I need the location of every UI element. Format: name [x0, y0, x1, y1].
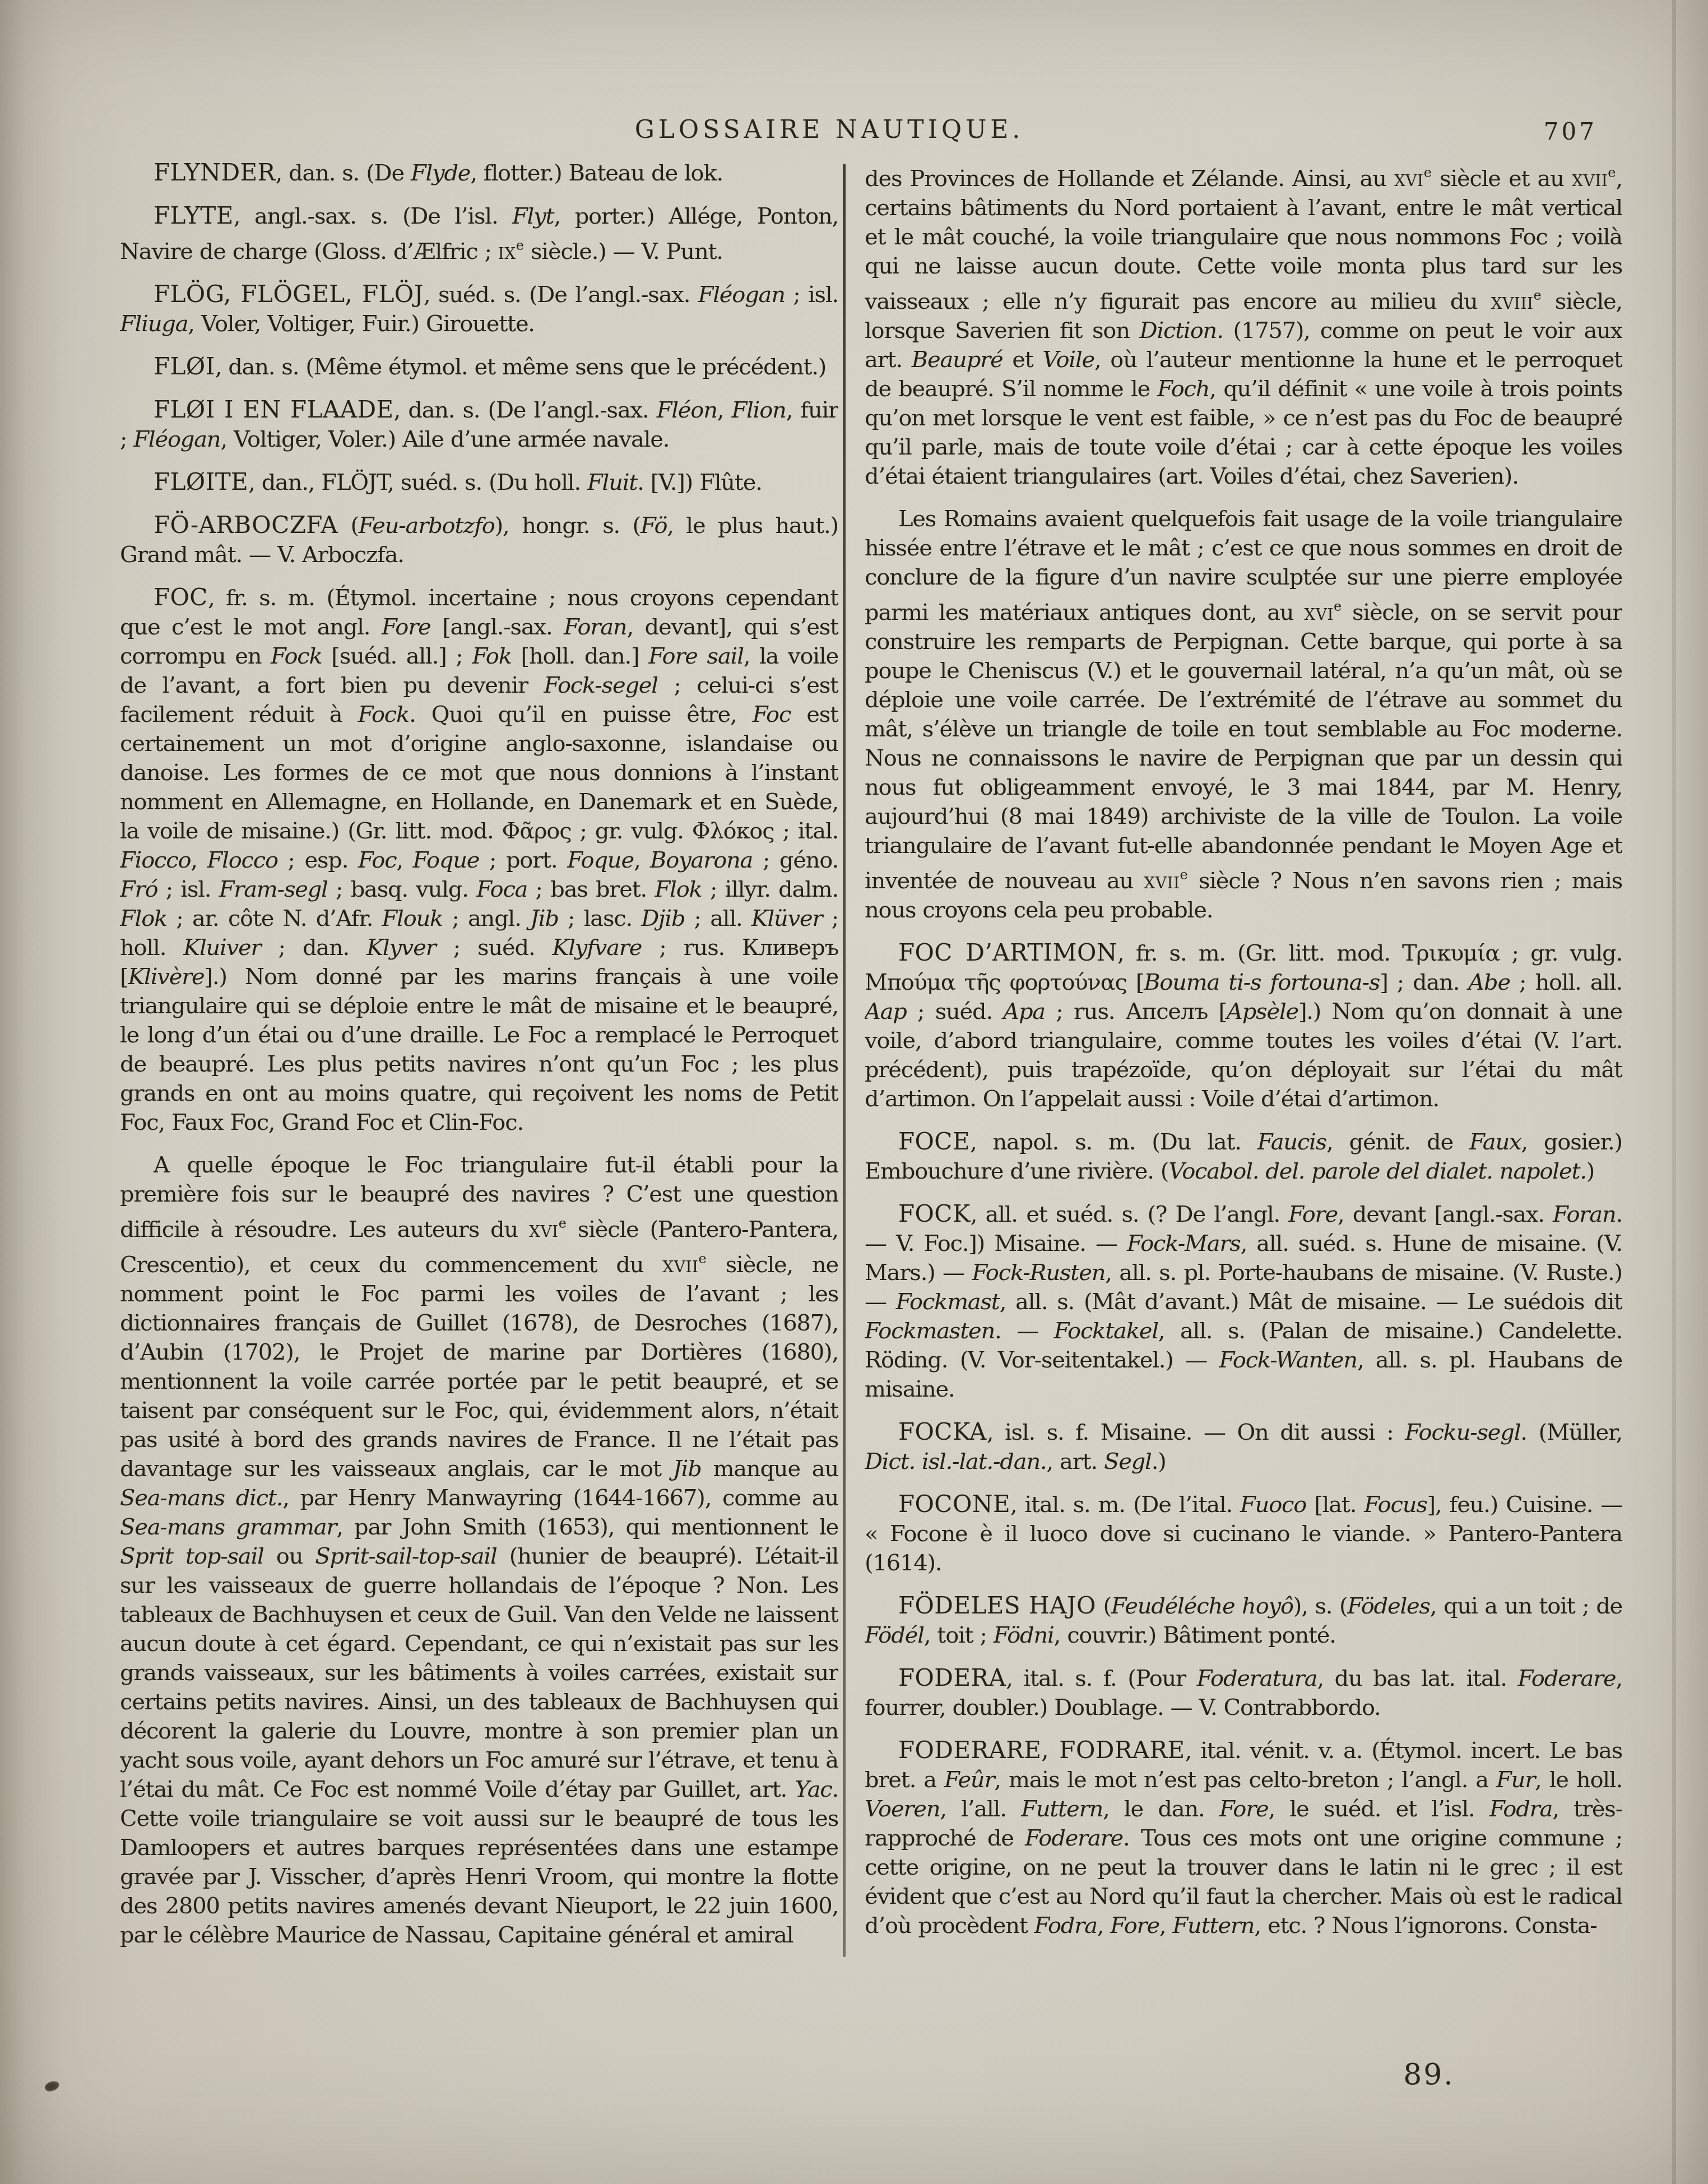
entry-f-arboczfa: FÖ-ARBOCZFA (Feu-arbotzfo), hongr. s. (F…: [120, 511, 838, 569]
page-title: GLOSSAIRE NAUTIQUE.: [635, 115, 1024, 144]
entry-headword: FLØI: [154, 353, 215, 380]
entry-headword: FOC: [154, 583, 208, 611]
entry-focone: FOCONE, ital. s. m. (De l’ital. Fuoco [l…: [865, 1490, 1622, 1578]
entry-headword: FLYNDER: [154, 159, 276, 186]
entry-fock: FOCK, all. et suéd. s. (? De l’angl. For…: [865, 1199, 1622, 1404]
entry-headword: FODERARE, FODRARE: [898, 1736, 1185, 1764]
entry-headword: FOCK: [898, 1200, 971, 1227]
right-column: des Provinces de Hollande et Zélande. Ai…: [865, 158, 1622, 2097]
entry-headword: FOCKA: [898, 1418, 987, 1445]
entry-flyte: FLYTE, angl.-sax. s. (De l’isl. Flyt, po…: [120, 201, 838, 266]
entry-f-deles-hajo: FÖDELES HAJO (Feudéléche hoyô), s. (Föde…: [865, 1591, 1622, 1650]
page-edge-shadow: [1672, 0, 1676, 2184]
entry-headword: FLYTE: [154, 202, 234, 229]
left-column: FLYNDER, dan. s. (De Flyde, flotter.) Ba…: [120, 158, 838, 2153]
column-divider: [843, 164, 846, 1957]
ink-speck: [44, 2080, 60, 2093]
entry-foc-d-artimon: FOC D’ARTIMON, fr. s. m. (Gr. litt. mod.…: [865, 938, 1622, 1114]
entry-foce: FOCE, napol. s. m. (Du lat. Faucis, géni…: [865, 1127, 1622, 1186]
entry-fl-g-fl-gel-fl-j: FLÖG, FLÖGEL, FLÖJ, suéd. s. (De l’angl.…: [120, 280, 838, 339]
right-paragraph-1: des Provinces de Hollande et Zélande. Ai…: [865, 158, 1622, 491]
entry-headword: FLÖG, FLÖGEL, FLÖJ: [154, 280, 424, 308]
entry-fodera: FODERA, ital. s. f. (Pour Foderatura, du…: [865, 1663, 1622, 1722]
page-number: 707: [1496, 118, 1597, 145]
right-paragraph-2: Les Romains avaient quelquefois fait usa…: [865, 504, 1622, 925]
entry-flynder: FLYNDER, dan. s. (De Flyde, flotter.) Ba…: [120, 158, 838, 188]
entry-fl-i: FLØI, dan. s. (Même étymol. et même sens…: [120, 352, 838, 382]
printer-signature: 89.: [1356, 2058, 1502, 2092]
entry-fl-i-i-en-flaade: FLØI I EN FLAADE, dan. s. (De l’angl.-sa…: [120, 395, 838, 454]
left-paragraph-9: A quelle époque le Foc triangulaire fut-…: [120, 1151, 838, 1950]
entry-headword: FÖDELES HAJO: [898, 1592, 1096, 1619]
entry-headword: FLØITE: [154, 468, 248, 495]
entry-headword: FODERA: [898, 1664, 1006, 1691]
running-header: GLOSSAIRE NAUTIQUE.: [0, 115, 1659, 144]
entry-focka: FOCKA, isl. s. f. Misaine. — On dit auss…: [865, 1417, 1622, 1476]
scanned-book-page: GLOSSAIRE NAUTIQUE. 707 FLYNDER, dan. s.…: [0, 0, 1708, 2184]
entry-headword: FLØI I EN FLAADE: [154, 396, 394, 423]
entry-headword: FOCONE: [898, 1490, 1010, 1518]
entry-headword: FÖ-ARBOCZFA: [154, 511, 338, 539]
entry-fl-ite: FLØITE, dan., FLÖJT, suéd. s. (Du holl. …: [120, 467, 838, 497]
entry-foderare-fodrare: FODERARE, FODRARE, ital. vénit. v. a. (É…: [865, 1736, 1622, 1940]
entry-foc: FOC, fr. s. m. (Étymol. incertaine ; nou…: [120, 583, 838, 1137]
entry-headword: FOC D’ARTIMON: [898, 939, 1117, 966]
entry-headword: FOCE: [898, 1128, 970, 1155]
